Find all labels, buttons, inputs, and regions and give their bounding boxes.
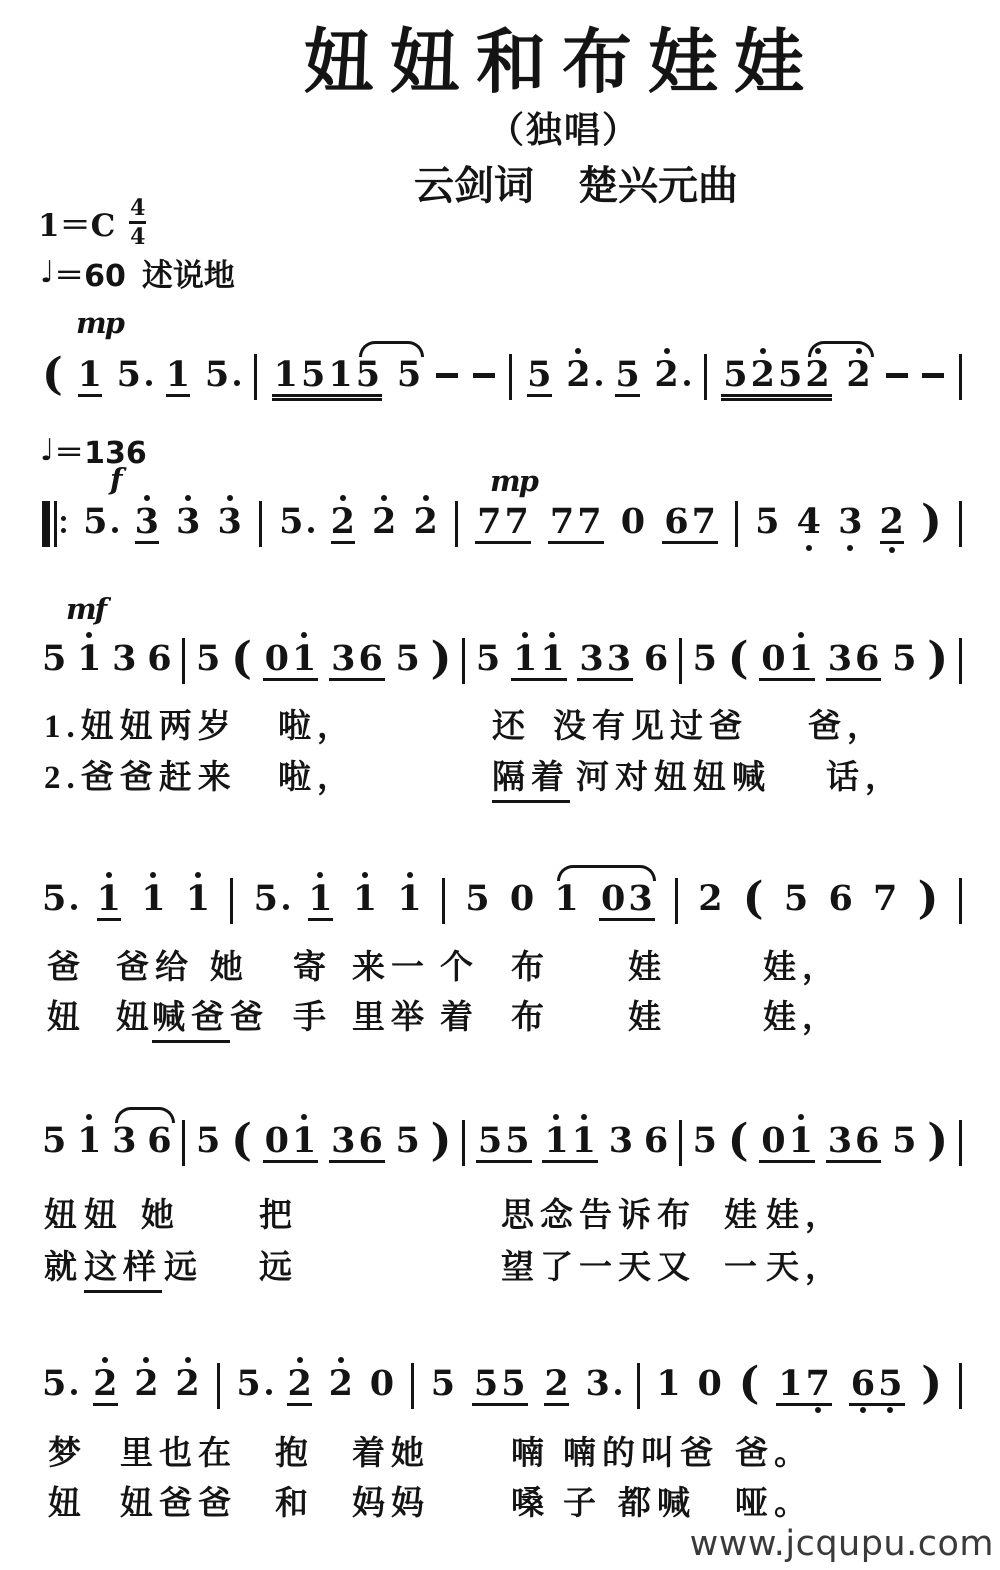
parenthesis: ) [927, 1121, 948, 1161]
sheet-music-page: 妞妞和布娃娃 （独唱） 云剑词楚兴元曲 1＝C 4 4 ♩ ＝60 述说地 mp… [0, 0, 1000, 1570]
note-number: 1 [97, 882, 121, 916]
jianpu-note: 1 [554, 882, 578, 916]
note-number: 2 [698, 882, 722, 916]
lyric-segment: 布 [511, 991, 550, 1038]
note-number: 5 [301, 358, 325, 392]
lyric-segment: 妞 [47, 991, 86, 1038]
octave-dot-above [362, 872, 368, 878]
beam-group: 03 [599, 882, 655, 921]
octave-dot-below [847, 545, 853, 551]
jianpu-note: 1 [274, 358, 298, 392]
jianpu-note: 1 [544, 1124, 568, 1158]
jianpu-note: 2 [93, 1367, 117, 1406]
lyric-segment: 思念告诉布 [501, 1189, 696, 1236]
jianpu-note: 2 [134, 1367, 158, 1401]
lyric-segment: 望了一天又 [501, 1241, 696, 1288]
duration-dash [436, 373, 458, 378]
octave-dot-above [553, 1114, 559, 1120]
jianpu-note: 3 [585, 1367, 609, 1401]
barline [679, 638, 682, 684]
octave-dot-above [86, 632, 92, 638]
note-number: 0 [698, 1367, 722, 1401]
jianpu-note: 3 [579, 642, 603, 676]
repeat-dot [61, 516, 66, 521]
quarter-note-icon: ♩ [40, 433, 54, 468]
parenthesis: ( [42, 355, 63, 395]
lyric-segment: 喃 [511, 1427, 550, 1474]
lyric-segment: 就 [44, 1241, 83, 1288]
jianpu-note: 5 [236, 1367, 260, 1401]
barline [959, 501, 962, 547]
augmentation-dot [146, 380, 152, 386]
jianpu-note: 2 [175, 1367, 199, 1401]
jianpu-note: 5 [778, 358, 802, 392]
jianpu-note: 0 [761, 642, 785, 676]
jianpu-note: 5 [474, 1367, 498, 1401]
note-number: 2 [566, 358, 590, 392]
jianpu-note: 5 [465, 882, 489, 916]
repeat-thin-bar [54, 501, 57, 547]
note-number: 2 [805, 358, 829, 392]
dynamic-mf: mf [66, 592, 105, 626]
jianpu-note: 5 [254, 882, 278, 916]
note-number: 3 [609, 1124, 633, 1158]
quarter-note-icon: ♩ [40, 255, 54, 290]
note-number: 5 [693, 1124, 717, 1158]
jianpu-note: 2 [414, 505, 438, 539]
dynamic-mp-1: mp [76, 306, 123, 340]
lyric-segment: 娃 [628, 941, 667, 988]
note-number: 3 [585, 1367, 609, 1401]
lyric-segment: 没有见过爸 [553, 700, 748, 747]
jianpu-note: 7 [550, 505, 574, 539]
lyric-row-verse1a: 1.妞妞两岁 啦， 还 没有见过爸 爸， [0, 700, 1000, 742]
note-number: 7 [873, 882, 897, 916]
note-number: 5 [236, 1367, 260, 1401]
note-number: 7 [577, 505, 601, 539]
lyric-segment: 个 [440, 941, 479, 988]
lyric-segment: 喃的叫爸 [563, 1427, 719, 1474]
lyric-segment: 妞爸爸 [120, 1477, 237, 1524]
note-number: 7 [504, 505, 528, 539]
jianpu-line-3: 51365(01365)5113365(01365) [42, 642, 962, 682]
note-number: 5 [396, 1124, 420, 1158]
lyric-segment: 远 [164, 1241, 203, 1288]
jianpu-note: 3 [838, 505, 862, 539]
augmentation-dot [71, 1389, 77, 1395]
octave-dot-above [317, 872, 323, 878]
jianpu-note: 5 [42, 1124, 66, 1158]
slur-arc [808, 341, 873, 357]
note-number: 3 [828, 1124, 852, 1158]
octave-dot-above [195, 872, 201, 878]
jianpu-note: 6 [644, 642, 668, 676]
lyric-segment: 一 [724, 1241, 763, 1288]
note-number: 5 [755, 505, 779, 539]
note-number: 5 [254, 882, 278, 916]
octave-dot-above [227, 495, 233, 501]
jianpu-note: 2 [880, 505, 904, 544]
parenthesis: ( [728, 639, 749, 679]
jianpu-note: 5 [117, 358, 141, 392]
note-number: 1 [554, 882, 578, 916]
tempo-value: ＝60 [54, 251, 126, 295]
jianpu-note: 5 [478, 1124, 502, 1158]
dynamic-mp-2: mp [490, 464, 537, 498]
note-number: 5 [474, 1367, 498, 1401]
note-number: 5 [723, 358, 747, 392]
octave-dot-above [522, 632, 528, 638]
note-number: 3 [331, 642, 355, 676]
note-number: 1 [77, 1124, 101, 1158]
note-number: 5 [778, 358, 802, 392]
jianpu-note: 6 [828, 882, 852, 916]
note-number: 5 [42, 642, 66, 676]
note-number: 1 [186, 882, 210, 916]
jianpu-note: 3 [331, 642, 355, 676]
lyric-segment: 都喊 [618, 1477, 696, 1524]
octave-dot-above [185, 495, 191, 501]
barline [959, 1363, 962, 1409]
jianpu-note: 5 [527, 358, 551, 397]
jianpu-note: 2 [331, 505, 355, 544]
duration-dash [922, 373, 944, 378]
octave-dot-below [889, 547, 895, 553]
lyric-segment: 妞 [48, 1477, 87, 1524]
barline [959, 354, 962, 400]
jianpu-note: 5 [878, 1367, 902, 1401]
slur-arc [557, 865, 655, 881]
repeat-begin-sign [42, 501, 66, 547]
jianpu-note: 5 [505, 1124, 529, 1158]
lyric-segment: 着 [440, 991, 479, 1038]
note-number: 1 [656, 1367, 680, 1401]
note-number: 1 [292, 642, 316, 676]
note-number: 5 [693, 642, 717, 676]
note-number: 5 [465, 882, 489, 916]
beam-group: 55 [472, 1367, 528, 1406]
note-number: 5 [615, 358, 639, 392]
jianpu-note: 1 [789, 642, 813, 676]
parenthesis: ) [431, 639, 452, 679]
beam-group: 36 [329, 642, 385, 681]
dynamic-f: f [110, 462, 120, 496]
jianpu-note: 1 [141, 882, 165, 916]
jianpu-note: 1 [97, 882, 121, 921]
note-number: 2 [134, 1367, 158, 1401]
jianpu-note: 1 [292, 642, 316, 676]
note-number: 1 [572, 1124, 596, 1158]
note-number: 5 [527, 358, 551, 392]
jianpu-note: 7 [577, 505, 601, 539]
jianpu-note: 6 [851, 1367, 875, 1401]
note-number: 1 [77, 642, 101, 676]
lyric-segment: 着她 [352, 1427, 430, 1474]
note-number: 5 [397, 358, 421, 392]
time-denominator: 4 [130, 226, 145, 248]
note-number: 2 [93, 1367, 117, 1401]
jianpu-note: 2 [846, 358, 870, 392]
jianpu-note: 1 [166, 358, 190, 397]
octave-dot-above [798, 632, 804, 638]
note-number: 5 [396, 642, 420, 676]
jianpu-note: 5 [723, 358, 747, 392]
note-number: 0 [601, 882, 625, 916]
note-number: 2 [654, 358, 678, 392]
jianpu-note: 2 [654, 358, 678, 392]
jianpu-note: 3 [609, 1124, 633, 1158]
note-number: 1 [141, 882, 165, 916]
lyric-row-verse1d: 梦 里也在 抱 着她 喃 喃的叫爸 爸。 [0, 1427, 1000, 1469]
parenthesis: ( [743, 879, 764, 919]
parenthesis: ( [231, 1121, 252, 1161]
jianpu-note: 1 [513, 642, 537, 676]
octave-dot-above [301, 1114, 307, 1120]
note-number: 5 [356, 358, 380, 392]
note-number: 6 [358, 642, 382, 676]
jianpu-note: 7 [806, 1367, 830, 1401]
lyric-segment: 娃 [724, 1189, 763, 1236]
jianpu-note: 3 [135, 505, 159, 544]
lyric-segment: 天， [766, 1241, 844, 1288]
lyric-segment: 寄 [293, 941, 332, 988]
note-number: 5 [892, 642, 916, 676]
lyric-segment: 里也在 [120, 1427, 237, 1474]
lyric-row-verse1b: 爸 爸给 她 寄 来一 个 布 娃 娃， [0, 941, 1000, 983]
jianpu-note: 1 [78, 358, 102, 397]
note-number: 5 [784, 882, 808, 916]
note-number: 3 [218, 505, 242, 539]
jianpu-note: 1 [77, 1124, 101, 1158]
lyric-segment: 娃， [763, 941, 841, 988]
augmentation-dot [71, 904, 77, 910]
lyric-row-verse1c: 妞 妞 她 把 思念告诉布 娃 娃， [0, 1189, 1000, 1231]
parenthesis: ( [728, 1121, 749, 1161]
jianpu-note: 3 [112, 642, 136, 676]
note-number: 5 [878, 1367, 902, 1401]
octave-dot-above [423, 495, 429, 501]
note-number: 5 [42, 882, 66, 916]
augmentation-dot [308, 527, 314, 533]
jianpu-note: 2 [544, 1367, 568, 1406]
barline [959, 878, 962, 924]
note-number: 0 [370, 1367, 394, 1401]
note-number: 2 [751, 358, 775, 392]
lyric-segment: 话， [826, 751, 904, 798]
jianpu-note: 0 [698, 1367, 722, 1401]
repeat-thick-bar [42, 501, 50, 547]
lyric-row-verse2b: 妞 妞 喊爸 爸 手 里举 着 布 娃 娃， [0, 991, 1000, 1033]
octave-dot-above [381, 495, 387, 501]
parenthesis: ( [231, 639, 252, 679]
note-number: 2 [880, 505, 904, 539]
octave-dot-above [798, 1114, 804, 1120]
octave-dot-above [575, 348, 581, 354]
barline [230, 878, 233, 924]
duration-dash [473, 373, 495, 378]
jianpu-note: 1 [292, 1124, 316, 1158]
lyric-segment: 爸 [47, 941, 86, 988]
augmentation-dot [266, 1389, 272, 1395]
jianpu-note: 5 [892, 642, 916, 676]
jianpu-note: 6 [664, 505, 688, 539]
note-number: 7 [806, 1367, 830, 1401]
jianpu-note: 0 [370, 1367, 394, 1401]
time-numerator: 4 [130, 197, 145, 219]
note-number: 2 [544, 1367, 568, 1401]
duration-dash [886, 373, 908, 378]
jianpu-note: 6 [855, 1124, 879, 1158]
lyric-segment: 她 [210, 941, 249, 988]
lyric-segment: 抱 [275, 1427, 314, 1474]
lyric-segment: 爸给 [116, 941, 194, 988]
jianpu-note: 1 [77, 642, 101, 676]
beam-group: 36 [826, 642, 882, 681]
lyric-segment: 啦， [278, 751, 356, 798]
beam-group: 11 [511, 642, 567, 681]
note-number: 1 [353, 882, 377, 916]
note-number: 6 [664, 505, 688, 539]
note-number: 1 [513, 642, 537, 676]
parenthesis: ) [921, 1364, 942, 1404]
augmentation-dot [234, 380, 240, 386]
jianpu-note: 2 [372, 505, 396, 539]
lyric-segment-melisma: 喊爸 [152, 991, 230, 1043]
jianpu-note: 3 [828, 1124, 852, 1158]
beam-group: 5252 [721, 358, 831, 397]
note-number: 0 [621, 505, 645, 539]
note-number: 5 [117, 358, 141, 392]
note-number: 5 [279, 505, 303, 539]
beam-group: 33 [577, 642, 633, 681]
jianpu-note: 6 [855, 642, 879, 676]
jianpu-note: 0 [265, 642, 289, 676]
octave-dot-above [106, 872, 112, 878]
jianpu-note: 5 [615, 358, 639, 397]
beam-group: 36 [826, 1124, 882, 1163]
note-number: 6 [358, 1124, 382, 1158]
note-number: 1 [544, 1124, 568, 1158]
note-number: 3 [838, 505, 862, 539]
jianpu-note: 2 [329, 1367, 353, 1401]
lyric-segment: 爸 [230, 991, 269, 1038]
key-signature: 1＝C 4 4 [38, 197, 146, 248]
repeat-dots [61, 516, 66, 533]
octave-dot-above [143, 1357, 149, 1363]
lyric-segment: 手 [293, 991, 332, 1038]
jianpu-note: 5 [196, 1124, 220, 1158]
note-number: 6 [855, 642, 879, 676]
barline [704, 354, 707, 400]
beam-group: 1515 [272, 358, 382, 397]
jianpu-note: 1 [572, 1124, 596, 1158]
jianpu-note: 1 [778, 1367, 802, 1401]
note-number: 6 [147, 642, 171, 676]
note-number: 0 [510, 882, 534, 916]
lyric-segment: 2.爸爸赶来 [44, 751, 237, 798]
jianpu-note: 5 [693, 1124, 717, 1158]
octave-dot-above [760, 348, 766, 354]
jianpu-note: 2 [751, 358, 775, 392]
lyric-row-verse2d: 妞 妞爸爸 和 妈妈 嗓 子 都喊 哑。 [0, 1477, 1000, 1519]
note-number: 0 [265, 642, 289, 676]
time-signature: 4 4 [129, 197, 146, 248]
note-number: 3 [112, 1124, 136, 1158]
note-number: 5 [196, 1124, 220, 1158]
beam-group: 01 [759, 1124, 815, 1163]
octave-dot-above [144, 495, 150, 501]
jianpu-note: 3 [112, 1124, 136, 1158]
note-number: 5 [83, 505, 107, 539]
note-number: 3 [628, 882, 652, 916]
barline [735, 501, 738, 547]
jianpu-note: 2 [566, 358, 590, 392]
jianpu-line-2: 5333522277770675432) [42, 505, 962, 545]
lyric-segment: 娃， [766, 1189, 844, 1236]
barline [959, 638, 962, 684]
jianpu-note: 5 [356, 358, 380, 392]
jianpu-note: 6 [147, 642, 171, 676]
lyric-segment: 妞 [44, 1189, 83, 1236]
tempo-value: ＝136 [54, 428, 147, 472]
jianpu-note: 4 [797, 505, 821, 539]
jianpu-note: 1 [328, 358, 352, 392]
jianpu-note: 3 [218, 505, 242, 539]
note-number: 1 [292, 1124, 316, 1158]
lyric-segment: 她 [141, 1189, 180, 1236]
lyric-segment: 妞 [116, 991, 155, 1038]
barline [462, 638, 465, 684]
note-number: 1 [540, 642, 564, 676]
barline [254, 354, 257, 400]
octave-dot-above [581, 1114, 587, 1120]
note-number: 7 [550, 505, 574, 539]
jianpu-note: 5 [396, 642, 420, 676]
lyric-segment: 爸。 [735, 1427, 813, 1474]
note-number: 2 [331, 505, 355, 539]
octave-dot-above [338, 1357, 344, 1363]
jianpu-note: 1 [656, 1367, 680, 1401]
note-number: 1 [778, 1367, 802, 1401]
lyric-segment: 爸， [808, 700, 886, 747]
barline [455, 501, 458, 547]
jianpu-note: 1 [540, 642, 564, 676]
note-number: 0 [761, 1124, 785, 1158]
song-subtitle: （独唱） [64, 102, 1000, 153]
lyric-segment: 娃， [763, 991, 841, 1038]
composer-credit: 楚兴元曲 [578, 163, 738, 208]
note-number: 7 [477, 505, 501, 539]
jianpu-note: 3 [628, 882, 652, 916]
note-number: 5 [505, 1124, 529, 1158]
lyricist-credit: 云剑词 [414, 163, 534, 208]
octave-dot-above [664, 348, 670, 354]
note-number: 2 [175, 1367, 199, 1401]
jianpu-note: 5 [83, 505, 107, 539]
jianpu-note: 5 [42, 1367, 66, 1401]
lyric-segment: 妈妈 [352, 1477, 430, 1524]
beam-group: 77 [548, 505, 604, 544]
tempo-marking-1: ♩ ＝60 述说地 [40, 250, 235, 295]
lyric-segment: 妞 [84, 1189, 123, 1236]
beam-group: 17 [776, 1367, 832, 1406]
barline [462, 1120, 465, 1166]
barline [259, 501, 262, 547]
watermark-url: www.jcqupu.com [690, 1524, 994, 1564]
note-number: 3 [331, 1124, 355, 1158]
lyric-segment: 哑。 [735, 1477, 813, 1524]
slur-arc [359, 341, 424, 357]
